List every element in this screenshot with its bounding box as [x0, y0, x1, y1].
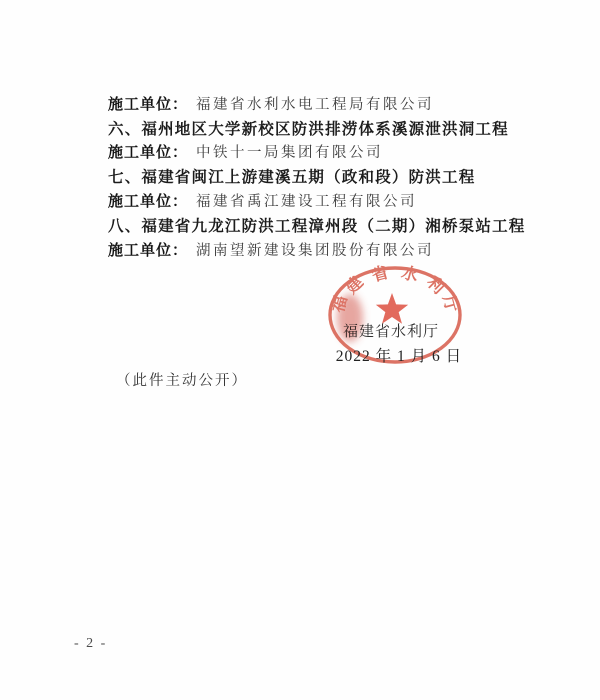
disclosure-note: （此件主动公开）	[116, 369, 248, 390]
seal-arc-char: 建	[341, 271, 367, 297]
project-heading: 七、福建省闽江上游建溪五期（政和段）防洪工程	[108, 164, 528, 188]
seal-arc-char: 省	[370, 263, 391, 286]
seal-arc-char: 水	[399, 262, 421, 285]
seal-arc-char: 厅	[439, 293, 462, 315]
contractor-label: 施工单位：	[108, 190, 188, 211]
contractor-line: 施工单位： 福建省水利水电工程局有限公司	[108, 91, 528, 115]
contractor-name: 福建省禹江建设工程有限公司	[196, 190, 417, 211]
contractor-line: 施工单位： 中铁十一局集团有限公司	[108, 140, 528, 164]
page-number: - 2 -	[74, 636, 107, 652]
document-page: 施工单位： 福建省水利水电工程局有限公司 六、福州地区大学新校区防洪排涝体系溪源…	[0, 0, 600, 700]
contractor-label: 施工单位：	[108, 239, 188, 260]
contractor-name: 中铁十一局集团有限公司	[196, 141, 383, 162]
contractor-label: 施工单位：	[108, 93, 188, 114]
document-body: 施工单位： 福建省水利水电工程局有限公司 六、福州地区大学新校区防洪排涝体系溪源…	[108, 91, 528, 262]
contractor-line: 施工单位： 福建省禹江建设工程有限公司	[108, 189, 528, 213]
contractor-line: 施工单位： 湖南望新建设集团股份有限公司	[108, 237, 528, 261]
seal-arc-char: 利	[422, 271, 449, 298]
contractor-name: 福建省水利水电工程局有限公司	[196, 93, 434, 114]
project-heading: 六、福州地区大学新校区防洪排涝体系溪源泄洪洞工程	[108, 115, 528, 139]
issue-date: 2022 年 1 月 6 日	[299, 344, 499, 366]
issuing-authority: 福建省水利厅	[291, 320, 491, 341]
seal-arc-char: 福	[327, 293, 351, 315]
contractor-label: 施工单位：	[108, 141, 188, 162]
project-heading: 八、福建省九龙江防洪工程漳州段（二期）湘桥泵站工程	[108, 213, 528, 237]
contractor-name: 湖南望新建设集团股份有限公司	[196, 239, 434, 260]
